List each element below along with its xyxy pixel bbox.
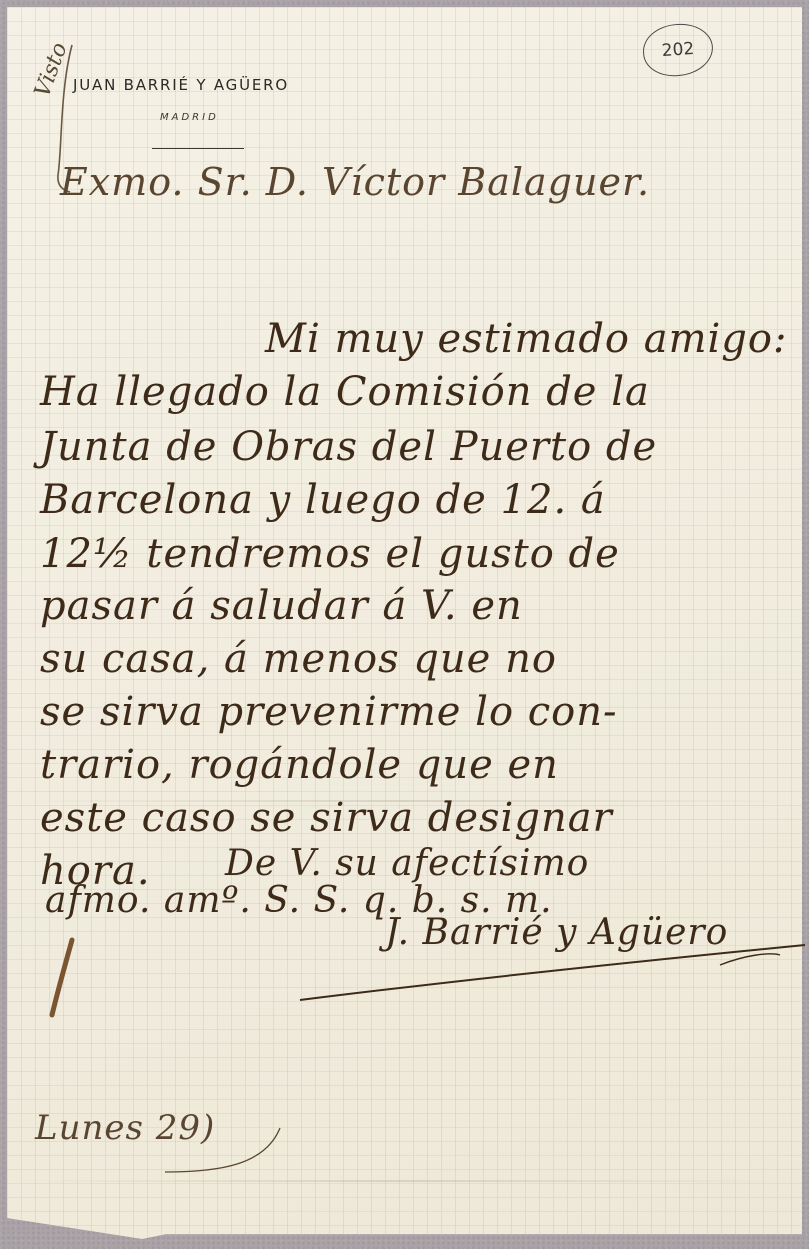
- body-line: su casa, á menos que no: [40, 636, 557, 682]
- paper-fold-line: [7, 1180, 802, 1182]
- body-line: Barcelona y luego de 12. á: [40, 477, 606, 523]
- body-line: se sirva prevenirme lo con-: [40, 689, 618, 735]
- letterhead-city: MADRID: [160, 112, 219, 123]
- body-line: este caso se sirva designar: [40, 795, 613, 841]
- body-line: Ha llegado la Comisión de la: [40, 369, 650, 415]
- signature: J. Barrié y Agüero: [385, 912, 728, 953]
- letterhead-name: JUAN BARRIÉ Y AGÜERO: [73, 76, 289, 94]
- closing-line: De V. su afectísimo: [225, 843, 589, 884]
- archive-number: 202: [661, 39, 695, 61]
- body-line: pasar á saludar á V. en: [40, 583, 523, 629]
- address-line: Exmo. Sr. D. Víctor Balaguer.: [60, 160, 650, 204]
- body-line-greeting: Mi muy estimado amigo:: [265, 316, 787, 362]
- body-line: Junta de Obras del Puerto de: [40, 424, 657, 470]
- body-line: 12½ tendremos el gusto de: [40, 531, 620, 577]
- letterhead-divider: [152, 148, 244, 149]
- date-line: Lunes 29): [35, 1108, 215, 1148]
- body-line: trario, rogándole que en: [40, 742, 559, 788]
